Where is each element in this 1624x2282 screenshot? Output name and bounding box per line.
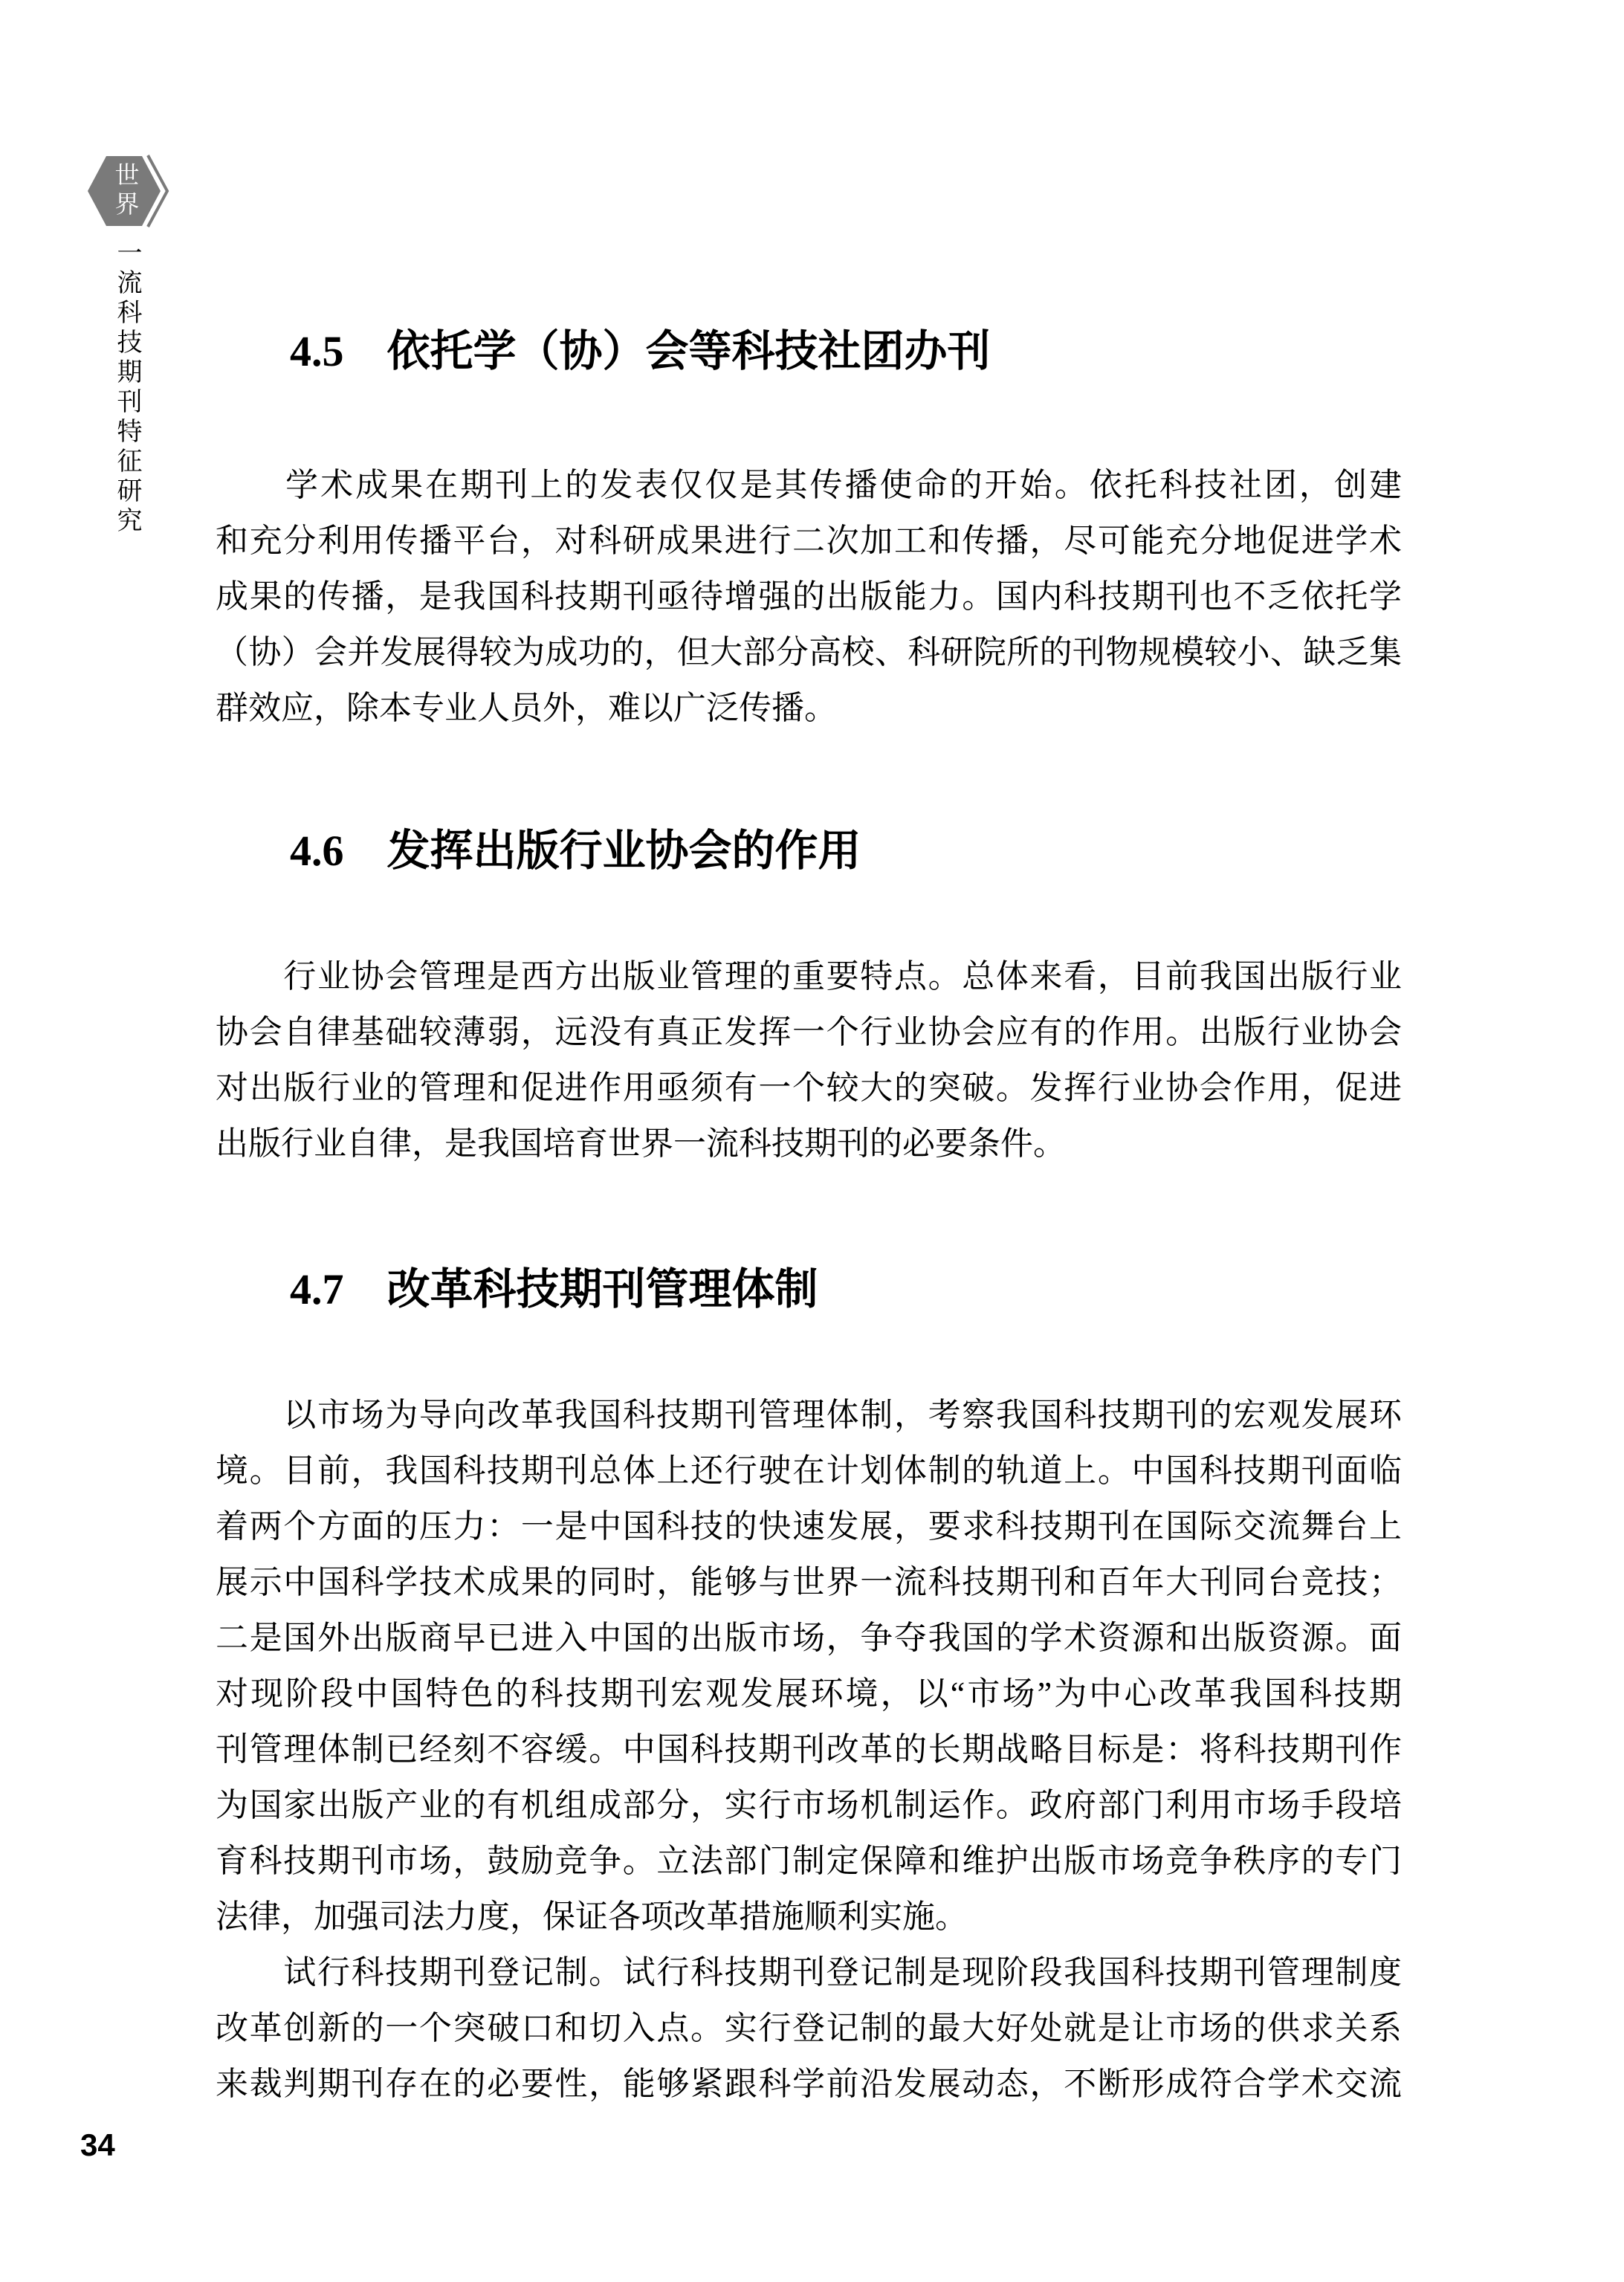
book-page: 世界 一流科技期刊特征研究 4.5 依托学（协）会等科技社团办刊 学术成果在期刊… [0,0,1624,2282]
text-line: 为国家出版产业的有机组成部分，实行市场机制运作。政府部门利用市场手段培 [216,1777,1402,1833]
text-line: 行业协会管理是西方出版业管理的重要特点。总体来看，目前我国出版行业 [216,948,1402,1004]
text-line: 出版行业自律，是我国培育世界一流科技期刊的必要条件。 [216,1116,1402,1171]
section-title: 改革科技期刊管理体制 [387,1264,818,1316]
section-title: 发挥出版行业协会的作用 [387,825,861,877]
page-number: 34 [80,2127,115,2163]
text-line: 来裁判期刊存在的必要性，能够紧跟科学前沿发展动态，不断形成符合学术交流 [216,2056,1402,2112]
text-line: 成果的传播，是我国科技期刊亟待增强的出版能力。国内科技期刊也不乏依托学 [216,569,1402,624]
text-line: 试行科技期刊登记制。试行科技期刊登记制是现阶段我国科技期刊管理制度 [216,1945,1402,2000]
text-line: （协）会并发展得较为成功的，但大部分高校、科研院所的刊物规模较小、缺乏集 [216,624,1402,680]
section-number: 4.6 [290,825,344,877]
text-line: 法律，加强司法力度，保证各项改革措施顺利实施。 [216,1889,1402,1945]
badge-label: 世界 [88,153,161,229]
text-line: 展示中国科学技术成果的同时，能够与世界一流科技期刊和百年大刊同台竞技； [216,1554,1402,1610]
section-title: 依托学（协）会等科技社团办刊 [387,326,991,378]
paragraph-4-7-2: 试行科技期刊登记制。试行科技期刊登记制是现阶段我国科技期刊管理制度改革创新的一个… [216,1945,1402,2112]
text-line: 和充分利用传播平台，对科研成果进行二次加工和传播，尽可能充分地促进学术 [216,513,1402,569]
text-line: 境。目前，我国科技期刊总体上还行驶在计划体制的轨道上。中国科技期刊面临 [216,1443,1402,1499]
text-line: 以市场为导向改革我国科技期刊管理体制，考察我国科技期刊的宏观发展环 [216,1387,1402,1443]
text-line: 刊管理体制已经刻不容缓。中国科技期刊改革的长期战略目标是：将科技期刊作 [216,1722,1402,1777]
book-title-vertical: 一流科技期刊特征研究 [109,239,145,537]
text-line: 二是国外出版商早已进入中国的出版市场，争夺我国的学术资源和出版资源。面 [216,1610,1402,1666]
text-line: 着两个方面的压力：一是中国科技的快速发展，要求科技期刊在国际交流舞台上 [216,1499,1402,1554]
paragraph-4-6: 行业协会管理是西方出版业管理的重要特点。总体来看，目前我国出版行业协会自律基础较… [216,948,1402,1171]
world-badge: 世界 [88,153,169,229]
section-heading-4-5: 4.5 依托学（协）会等科技社团办刊 [290,326,991,378]
paragraph-4-7-1: 以市场为导向改革我国科技期刊管理体制，考察我国科技期刊的宏观发展环境。目前，我国… [216,1387,1402,1945]
section-heading-4-7: 4.7 改革科技期刊管理体制 [290,1264,818,1316]
paragraph-4-5: 学术成果在期刊上的发表仅仅是其传播使命的开始。依托科技社团，创建和充分利用传播平… [216,457,1402,736]
text-line: 对现阶段中国特色的科技期刊宏观发展环境，以“市场”为中心改革我国科技期 [216,1666,1402,1722]
text-line: 育科技期刊市场，鼓励竞争。立法部门制定保障和维护出版市场竞争秩序的专门 [216,1833,1402,1889]
text-line: 改革创新的一个突破口和切入点。实行登记制的最大好处就是让市场的供求关系 [216,2000,1402,2056]
text-line: 协会自律基础较薄弱，远没有真正发挥一个行业协会应有的作用。出版行业协会 [216,1004,1402,1060]
section-number: 4.7 [290,1264,344,1316]
section-number: 4.5 [290,326,344,378]
section-heading-4-6: 4.6 发挥出版行业协会的作用 [290,825,861,877]
text-line: 学术成果在期刊上的发表仅仅是其传播使命的开始。依托科技社团，创建 [216,457,1402,513]
text-line: 对出版行业的管理和促进作用亟须有一个较大的突破。发挥行业协会作用，促进 [216,1060,1402,1116]
text-line: 群效应，除本专业人员外，难以广泛传播。 [216,680,1402,736]
